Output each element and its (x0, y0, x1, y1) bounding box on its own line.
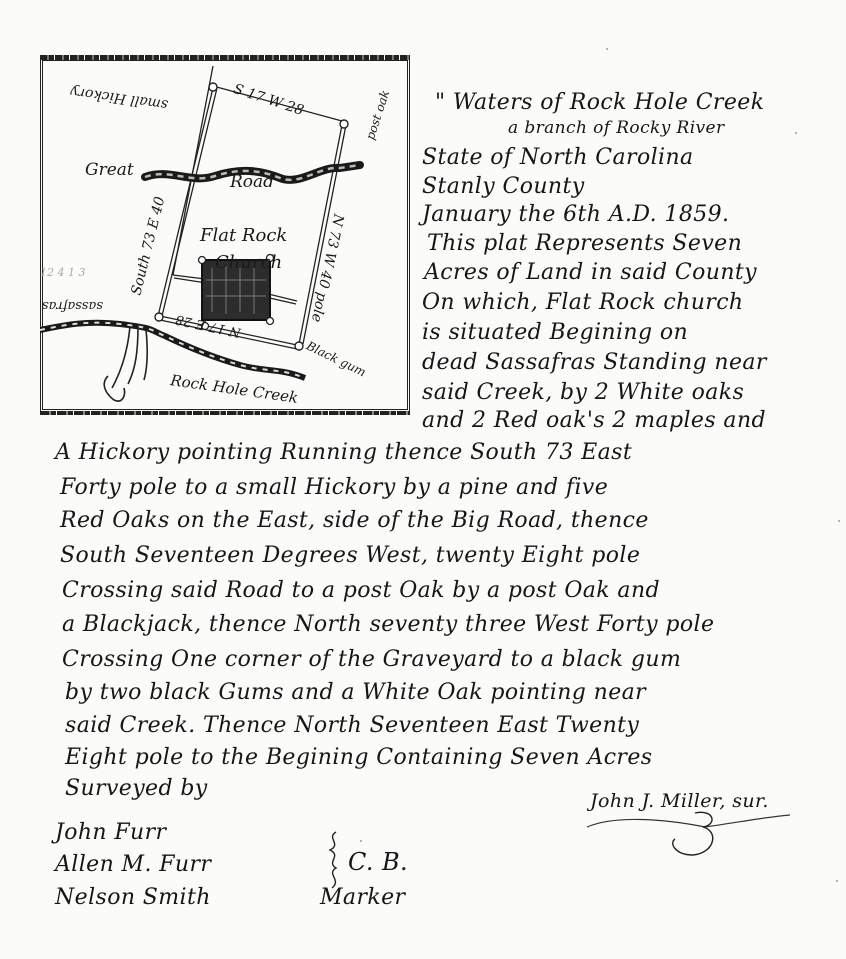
body-line: by two black Gums and a White Oak pointi… (65, 680, 646, 705)
map-label-road: Road (230, 172, 274, 192)
heading-county: Stanly County (422, 174, 585, 199)
body-line: a Blackjack, thence North seventy three … (62, 612, 714, 637)
body-line: Crossing said Road to a post Oak by a po… (62, 578, 660, 603)
intro-line: dead Sassafras Standing near (422, 350, 767, 375)
paper-speck (795, 132, 797, 134)
map-label-sassafras: sassafras (42, 298, 103, 313)
heading-date: January the 6th A.D. 1859. (422, 202, 729, 227)
heading-branch: a branch of Rocky River (508, 118, 725, 138)
intro-line: said Creek, by 2 White oaks (422, 380, 744, 405)
intro-line: Acres of Land in said County (424, 260, 757, 285)
chain-bearer-name: John Furr (55, 820, 166, 845)
heading-state: State of North Carolina (422, 145, 694, 170)
survey-plat-page: small Hickory S 17 W 28 post oak Great R… (0, 0, 846, 959)
body-line: A Hickory pointing Running thence South … (55, 440, 632, 465)
brace-mark (322, 830, 346, 890)
chain-bearer-name: Allen M. Furr (55, 852, 211, 877)
body-line: Eight pole to the Begining Containing Se… (65, 745, 652, 770)
intro-line: This plat Represents Seven (427, 231, 742, 256)
body-line: Surveyed by (65, 776, 208, 801)
body-line: South Seventeen Degrees West, twenty Eig… (60, 543, 640, 568)
map-label-flat-rock: Flat Rock (200, 225, 287, 246)
paper-speck (838, 520, 840, 522)
paper-speck (836, 880, 838, 882)
intro-line: is situated Begining on (422, 320, 688, 345)
intro-line: On which, Flat Rock church (422, 290, 743, 315)
body-line: Forty pole to a small Hickory by a pine … (60, 475, 608, 500)
chain-bearer-name: Nelson Smith (55, 885, 211, 910)
signature-flourish (585, 805, 795, 865)
paper-speck (360, 840, 362, 842)
map-label-faded-stamp: 12 4 1 3 (40, 266, 85, 279)
marker-label: Marker (320, 885, 405, 910)
map-label-church: Church (215, 252, 282, 273)
intro-line: and 2 Red oak's 2 maples and (422, 408, 766, 433)
chain-bearer-label: C. B. (348, 848, 408, 876)
map-label-great: Great (85, 160, 134, 180)
body-line: said Creek. Thence North Seventeen East … (65, 713, 639, 738)
heading-waters: " Waters of Rock Hole Creek (435, 90, 764, 115)
body-line: Crossing One corner of the Graveyard to … (62, 647, 681, 672)
paper-speck (606, 48, 608, 50)
body-line: Red Oaks on the East, side of the Big Ro… (60, 508, 649, 533)
